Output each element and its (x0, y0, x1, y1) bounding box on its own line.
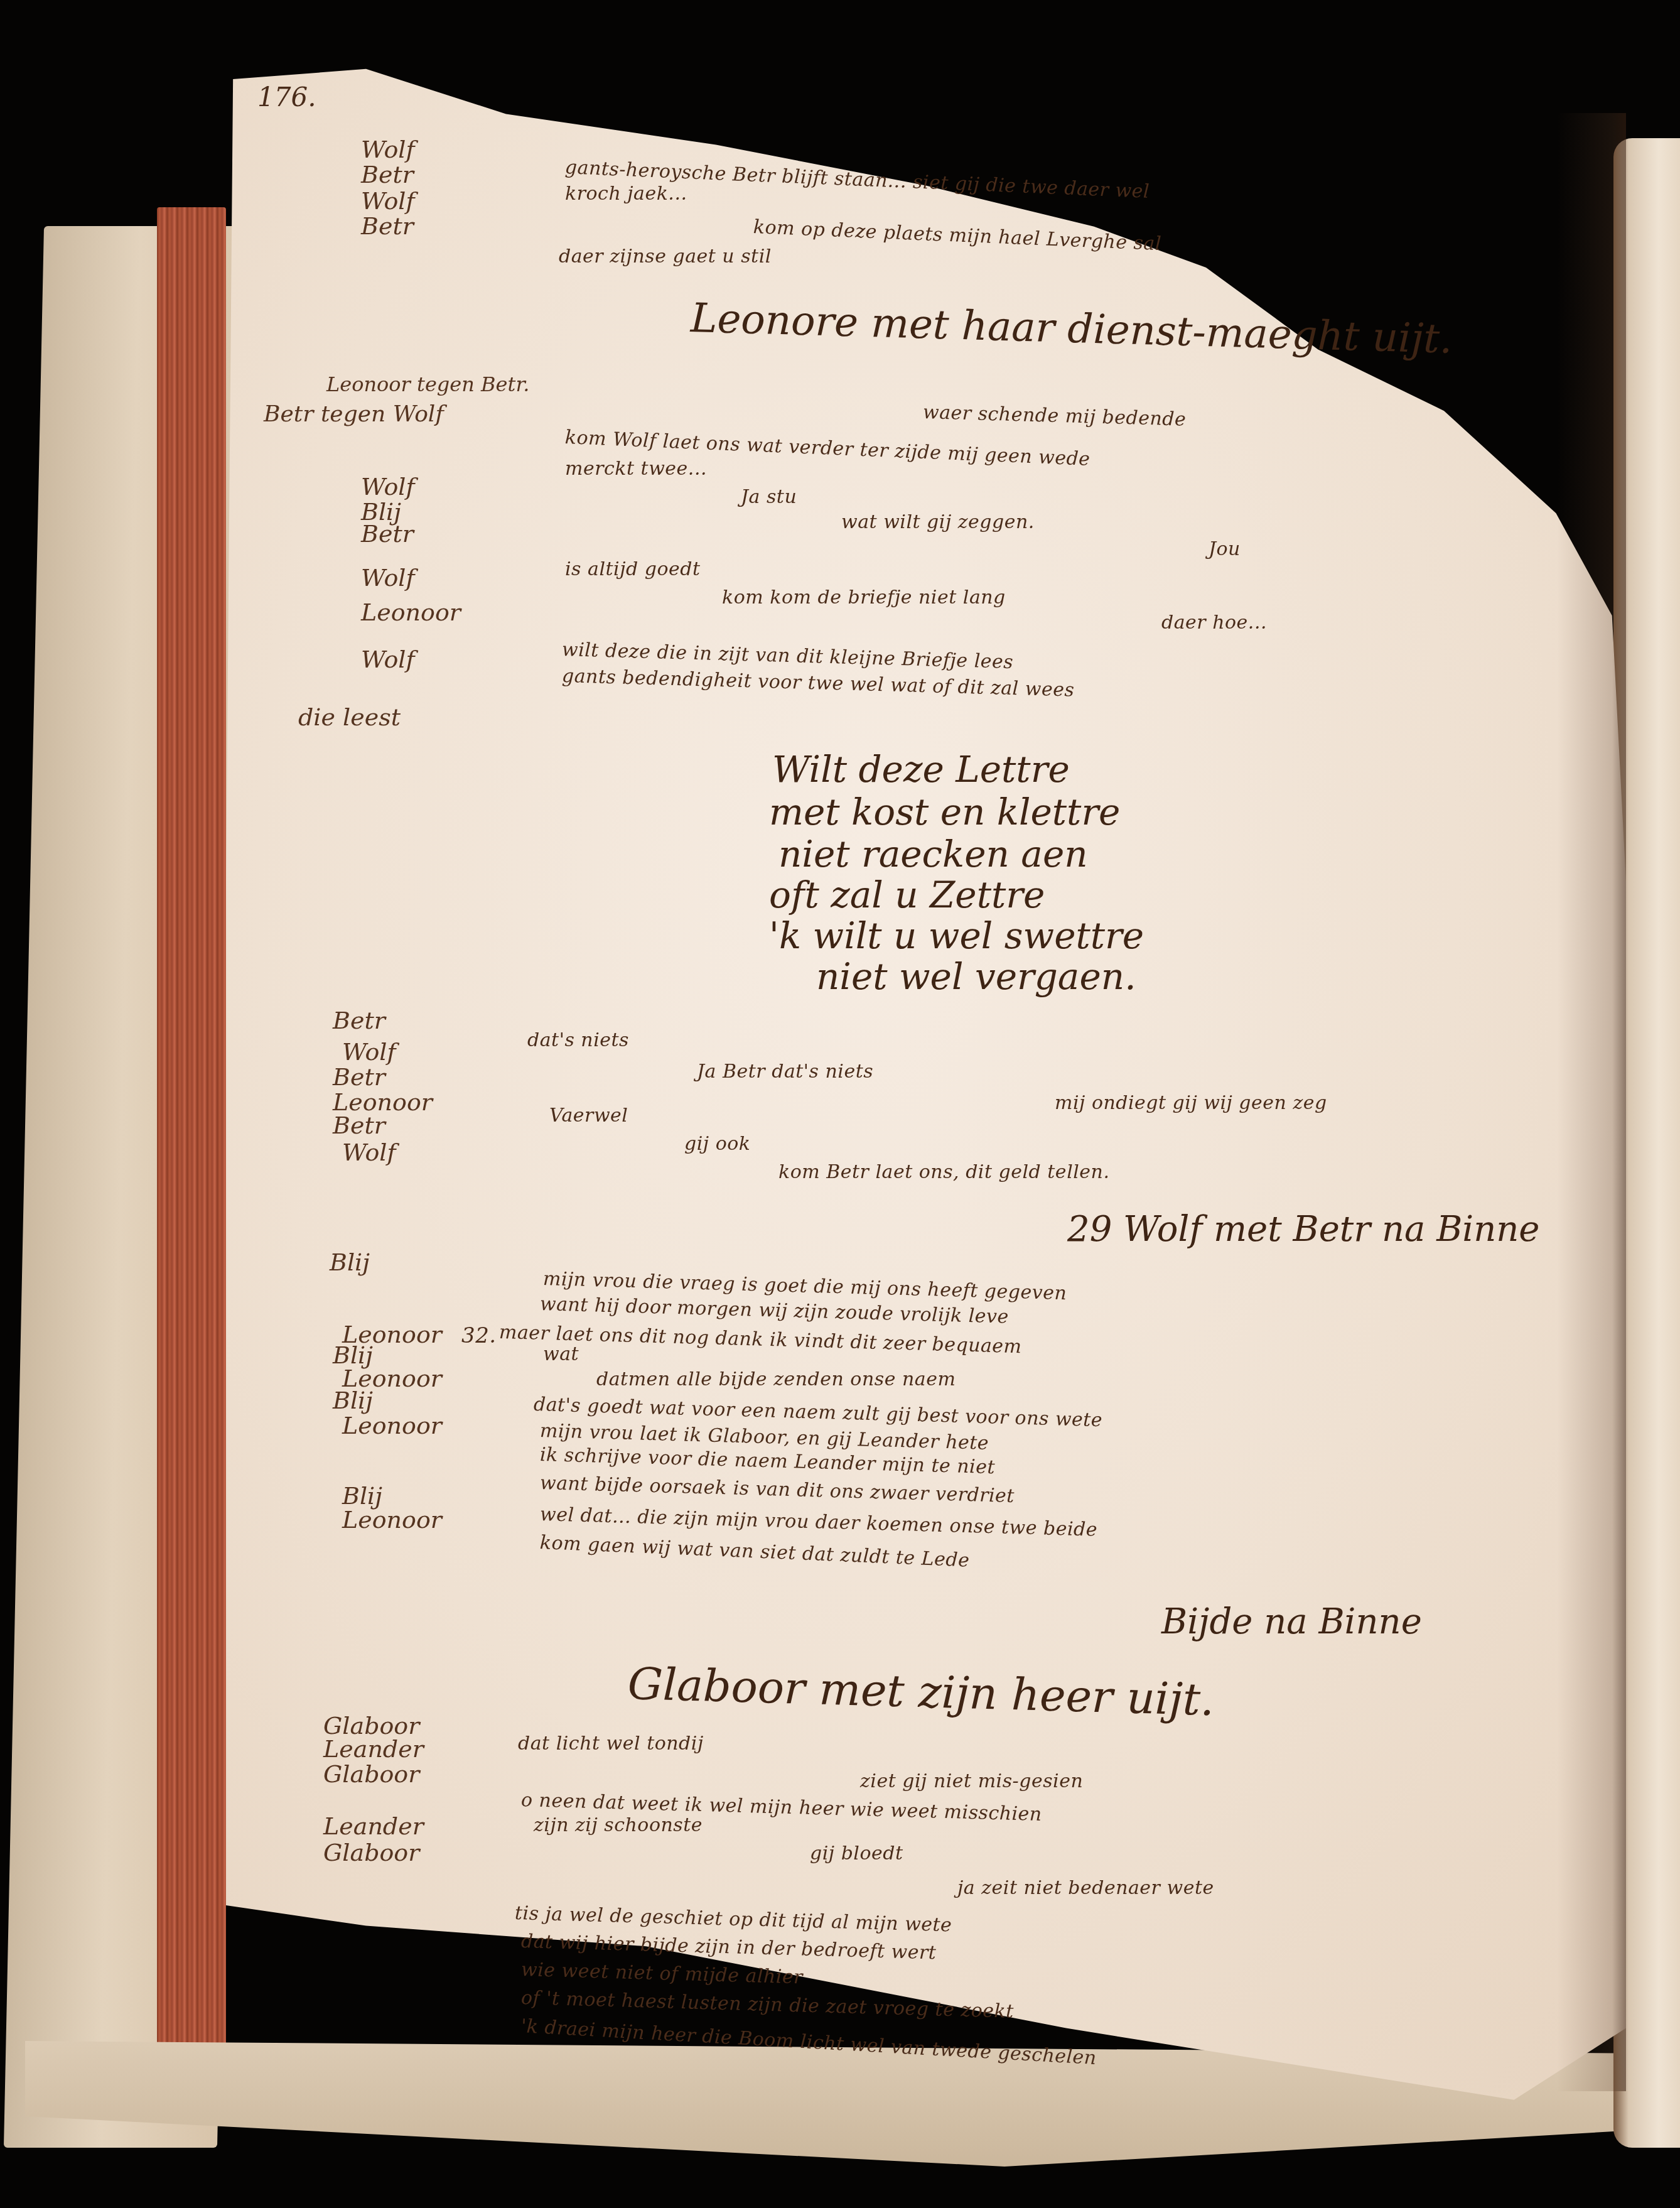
speaker-name: Betr (361, 521, 414, 546)
verse-line: niet wel vergaen. (816, 955, 1136, 998)
stage-direction-heading: 29 Wolf met Betr na Binne (1067, 1209, 1539, 1250)
verse-line: Wilt deze Lettre (772, 747, 1070, 791)
dialogue-line: daer hoe... (1161, 612, 1267, 634)
dialogue-line: kom kom de briefje niet lang (722, 587, 1006, 609)
speaker-name: Leonoor tegen Betr. (326, 372, 529, 397)
dialogue-line: wat wilt gij zeggen. (841, 512, 1035, 533)
gutter-shadow (1557, 113, 1626, 2091)
speaker-name: Betr (333, 1064, 385, 1090)
speaker-name: Glaboor (323, 1713, 419, 1738)
speaker-name: Wolf (361, 474, 415, 499)
speaker-name: Betr (333, 1113, 385, 1138)
dialogue-line: dat licht wel tondij (518, 1733, 704, 1755)
verse-line: niet raecken aen (778, 832, 1088, 876)
speaker-name: Blij (333, 1343, 373, 1368)
dialogue-line: kom Betr laet ons, dit geld tellen. (778, 1162, 1109, 1183)
speaker-name: Wolf (361, 565, 415, 590)
speaker-name: Betr (361, 214, 414, 239)
dialogue-line: zijn zij schoonste (534, 1815, 703, 1836)
dialogue-line: ziet gij niet mis-gesien (860, 1771, 1083, 1792)
speaker-name: Wolf (342, 1039, 396, 1064)
dialogue-line: daer zijnse gaet u stil (559, 246, 772, 268)
dialogue-line: is altijd goedt (565, 559, 700, 580)
dialogue-line: Ja stu (741, 487, 797, 508)
speaker-name: Betr (361, 162, 414, 187)
speaker-name: Wolf (361, 647, 415, 672)
speaker-name: Leander (323, 1736, 424, 1762)
dialogue-line: Ja Betr dat's niets (697, 1061, 873, 1083)
speaker-name: Glaboor (323, 1762, 419, 1787)
margin-number: 32. (461, 1325, 497, 1346)
speaker-name: Wolf (361, 188, 415, 214)
speaker-name: Blij (342, 1483, 382, 1508)
page-edges-red (157, 207, 226, 2054)
speaker-name: Leonoor (333, 1090, 433, 1115)
speaker-name: Leonoor (342, 1413, 442, 1438)
stage-direction-heading: Bijde na Binne (1161, 1601, 1422, 1642)
speaker-name: Leander (323, 1814, 424, 1839)
speaker-name: Wolf (361, 137, 415, 162)
dialogue-line: kroch jaek... (565, 183, 687, 205)
verse-line: met kost en klettre (769, 790, 1120, 834)
speaker-name: Blij (333, 1388, 373, 1413)
verse-line: oft zal u Zettre (769, 873, 1045, 917)
dialogue-line: Jou (1209, 539, 1241, 560)
dialogue-line: gij ook (684, 1134, 750, 1155)
dialogue-line: datmen alle bijde zenden onse naem (596, 1369, 956, 1390)
speaker-name: Glaboor (323, 1840, 419, 1865)
dialogue-line: ja zeit niet bedenaer wete (957, 1878, 1214, 1899)
dialogue-line: Vaerwel (549, 1105, 628, 1127)
speaker-name: Betr (333, 1008, 385, 1033)
dialogue-line: mij ondiegt gij wij geen zeg (1055, 1093, 1327, 1114)
speaker-name: Wolf (342, 1140, 396, 1165)
speaker-name: Leonoor (361, 600, 461, 625)
verse-line: 'k wilt u wel swettre (769, 914, 1144, 958)
dialogue-line: merckt twee... (565, 458, 707, 480)
speaker-name: die leest (298, 705, 401, 730)
speaker-name: Betr tegen Wolf (264, 402, 444, 427)
speaker-name: Leonoor (342, 1507, 442, 1532)
dialogue-line: gij bloedt (810, 1843, 903, 1864)
dialogue-line: dat's niets (527, 1030, 629, 1051)
speaker-name: Blij (330, 1250, 370, 1275)
page-number: 176. (257, 82, 316, 112)
dialogue-line: wat (543, 1344, 579, 1365)
